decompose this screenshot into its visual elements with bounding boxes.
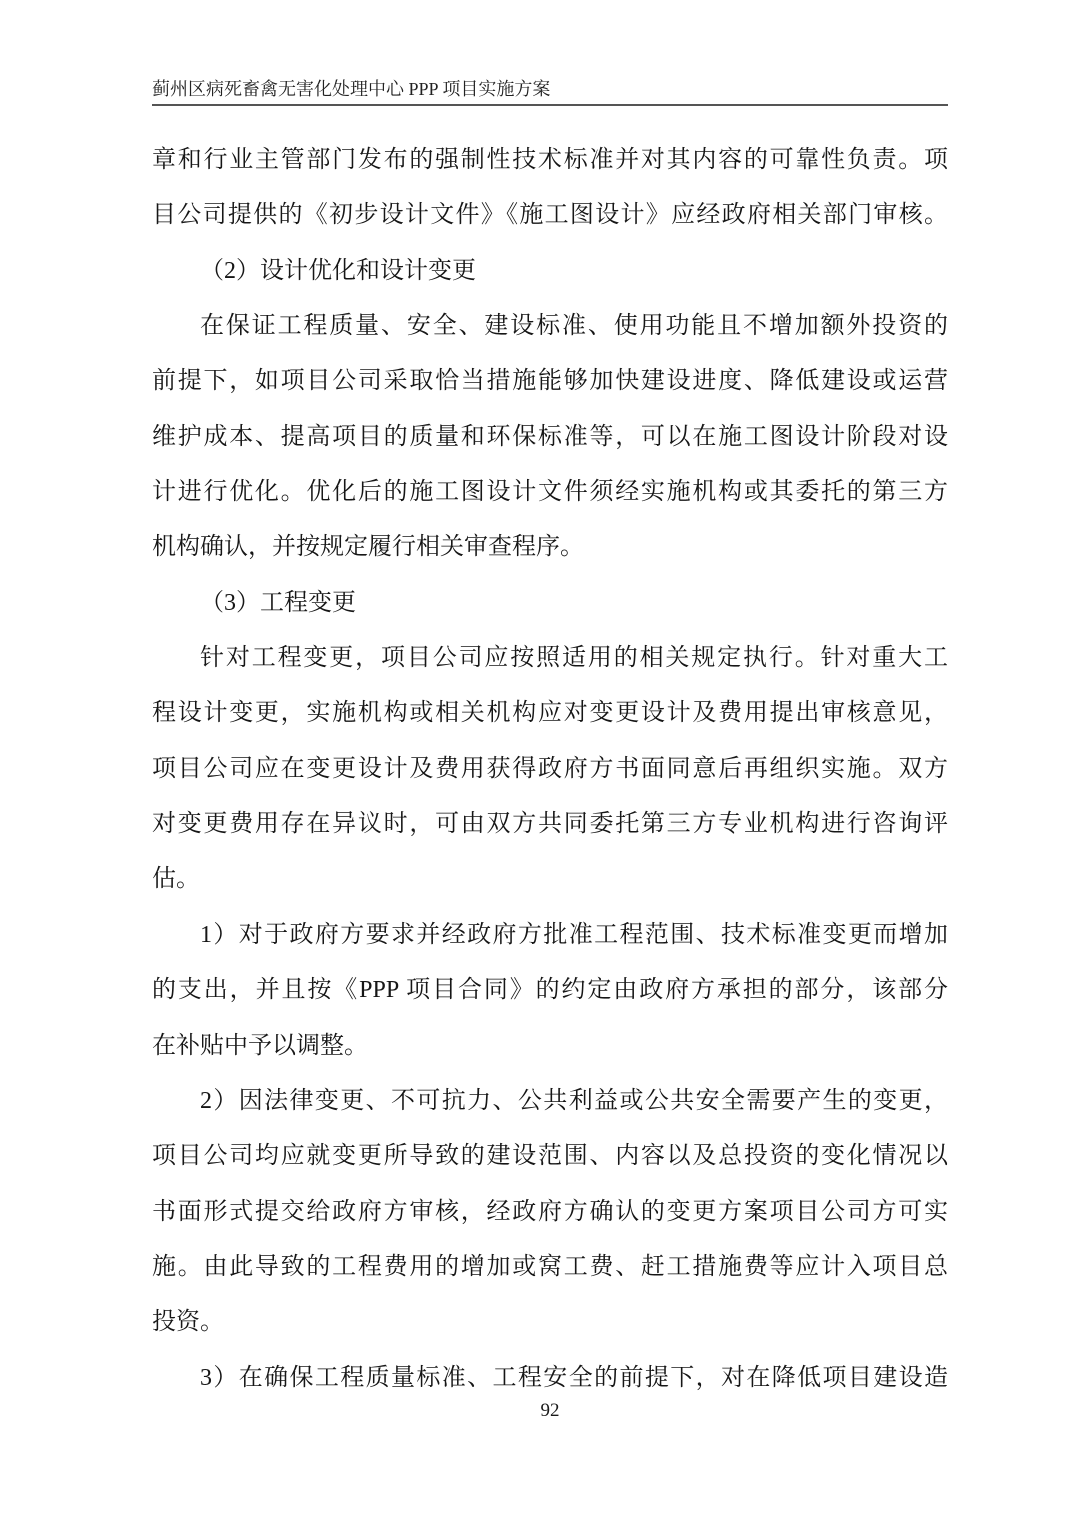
text-line: 针对工程变更，项目公司应按照适用的相关规定执行。针对重大工 <box>152 631 948 686</box>
paragraph: 在保证工程质量、安全、建设标准、使用功能且不增加额外投资的前提下，如项目公司采取… <box>152 299 948 576</box>
text-line: （3）工程变更 <box>152 576 948 631</box>
text-line: 3）在确保工程质量标准、工程安全的前提下，对在降低项目建设造 <box>152 1351 948 1406</box>
text-line: 计进行优化。优化后的施工图设计文件须经实施机构或其委托的第三方 <box>152 465 948 520</box>
text-line: 维护成本、提高项目的质量和环保标准等，可以在施工图设计阶段对设 <box>152 410 948 465</box>
paragraph: 3）在确保工程质量标准、工程安全的前提下，对在降低项目建设造 <box>152 1351 948 1406</box>
text-line: 对变更费用存在异议时，可由双方共同委托第三方专业机构进行咨询评 <box>152 797 948 852</box>
text-line: 1）对于政府方要求并经政府方批准工程范围、技术标准变更而增加 <box>152 908 948 963</box>
text-line: 项目公司均应就变更所导致的建设范围、内容以及总投资的变化情况以 <box>152 1129 948 1184</box>
text-line: 机构确认，并按规定履行相关审查程序。 <box>152 520 948 575</box>
paragraph: 2）因法律变更、不可抗力、公共利益或公共安全需要产生的变更，项目公司均应就变更所… <box>152 1074 948 1351</box>
text-line: 施。由此导致的工程费用的增加或窝工费、赶工措施费等应计入项目总 <box>152 1240 948 1295</box>
text-line: 2）因法律变更、不可抗力、公共利益或公共安全需要产生的变更， <box>152 1074 948 1129</box>
text-line: 章和行业主管部门发布的强制性技术标准并对其内容的可靠性负责。项 <box>152 133 948 188</box>
page-number: 92 <box>152 1400 948 1422</box>
paragraph: 1）对于政府方要求并经政府方批准工程范围、技术标准变更而增加的支出，并且按《PP… <box>152 908 948 1074</box>
paragraph: （3）工程变更 <box>152 576 948 631</box>
paragraph: 章和行业主管部门发布的强制性技术标准并对其内容的可靠性负责。项目公司提供的《初步… <box>152 133 948 244</box>
document-page: 蓟州区病死畜禽无害化处理中心 PPP 项目实施方案 章和行业主管部门发布的强制性… <box>0 0 1069 1514</box>
text-line: 目公司提供的《初步设计文件》《施工图设计》应经政府相关部门审核。 <box>152 188 948 243</box>
text-line: 在保证工程质量、安全、建设标准、使用功能且不增加额外投资的 <box>152 299 948 354</box>
text-line: 投资。 <box>152 1295 948 1350</box>
paragraph: （2）设计优化和设计变更 <box>152 244 948 299</box>
text-line: 项目公司应在变更设计及费用获得政府方书面同意后再组织实施。双方 <box>152 742 948 797</box>
text-line: 程设计变更，实施机构或相关机构应对变更设计及费用提出审核意见， <box>152 686 948 741</box>
text-line: 估。 <box>152 852 948 907</box>
text-line: 的支出，并且按《PPP 项目合同》的约定由政府方承担的部分，该部分 <box>152 963 948 1018</box>
page-header: 蓟州区病死畜禽无害化处理中心 PPP 项目实施方案 <box>152 79 948 106</box>
page-header-title: 蓟州区病死畜禽无害化处理中心 PPP 项目实施方案 <box>152 79 550 99</box>
document-body: 章和行业主管部门发布的强制性技术标准并对其内容的可靠性负责。项目公司提供的《初步… <box>152 133 948 1406</box>
paragraph: 针对工程变更，项目公司应按照适用的相关规定执行。针对重大工程设计变更，实施机构或… <box>152 631 948 908</box>
text-line: 前提下，如项目公司采取恰当措施能够加快建设进度、降低建设或运营 <box>152 354 948 409</box>
text-line: 在补贴中予以调整。 <box>152 1019 948 1074</box>
text-line: （2）设计优化和设计变更 <box>152 244 948 299</box>
text-line: 书面形式提交给政府方审核，经政府方确认的变更方案项目公司方可实 <box>152 1185 948 1240</box>
